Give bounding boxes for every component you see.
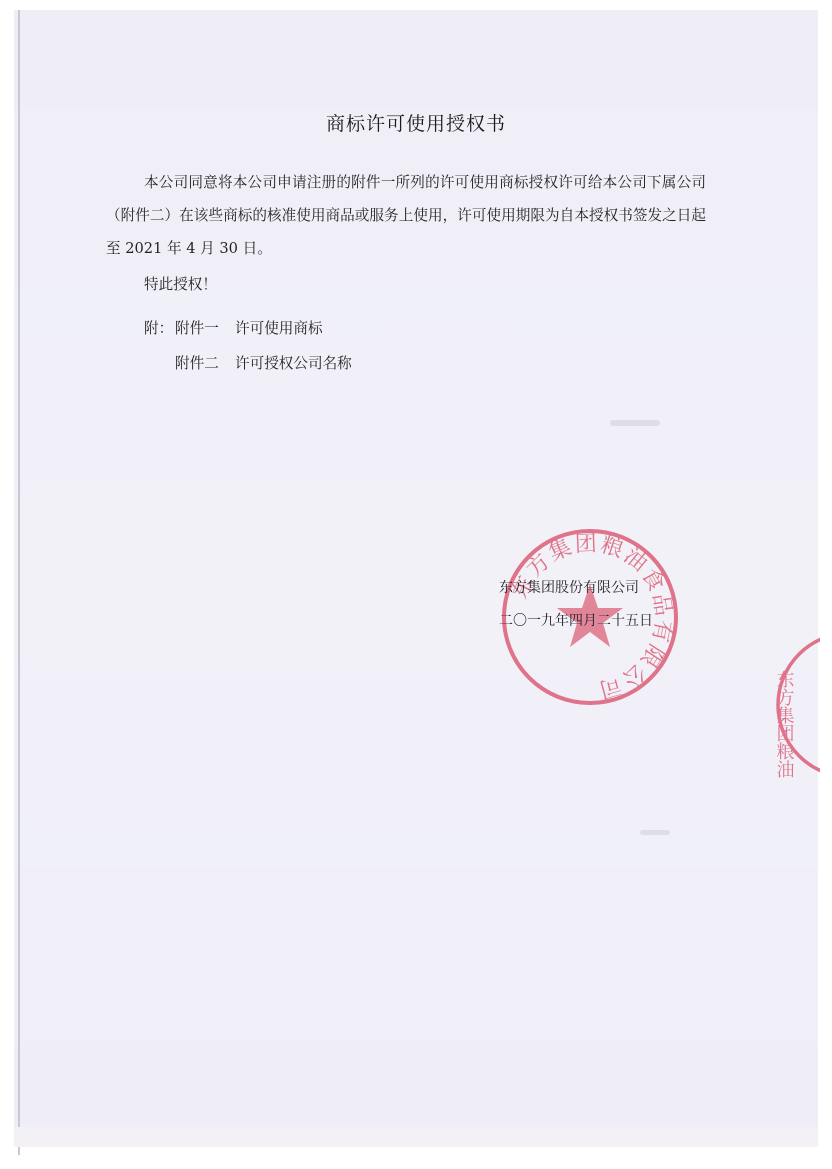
page-edge-line [18,10,20,1155]
signer-company: 东方集团股份有限公司 [499,577,639,597]
attachment-1-description: 许可使用商标 [235,317,323,338]
attachment-2-description: 许可授权公司名称 [235,352,352,373]
partial-seal-stamp: 东方集团粮油 [760,630,820,780]
attachment-1-name: 附件一 [175,317,219,338]
scan-artifact [610,420,660,426]
scan-bottom-band [14,1127,818,1147]
document-title: 商标许可使用授权书 [0,109,832,136]
body-paragraph: 本公司同意将本公司申请注册的附件一所列的许可使用商标授权许可给本公司下属公司（附… [106,166,706,265]
scan-artifact [640,830,670,835]
closing-line: 特此授权！ [144,273,217,294]
attachments-label: 附： [144,317,173,338]
partial-seal-text: 东方集团粮油 [774,670,795,778]
attachment-2-name: 附件二 [175,352,219,373]
signing-date: 二〇一九年四月二十五日 [499,610,653,630]
